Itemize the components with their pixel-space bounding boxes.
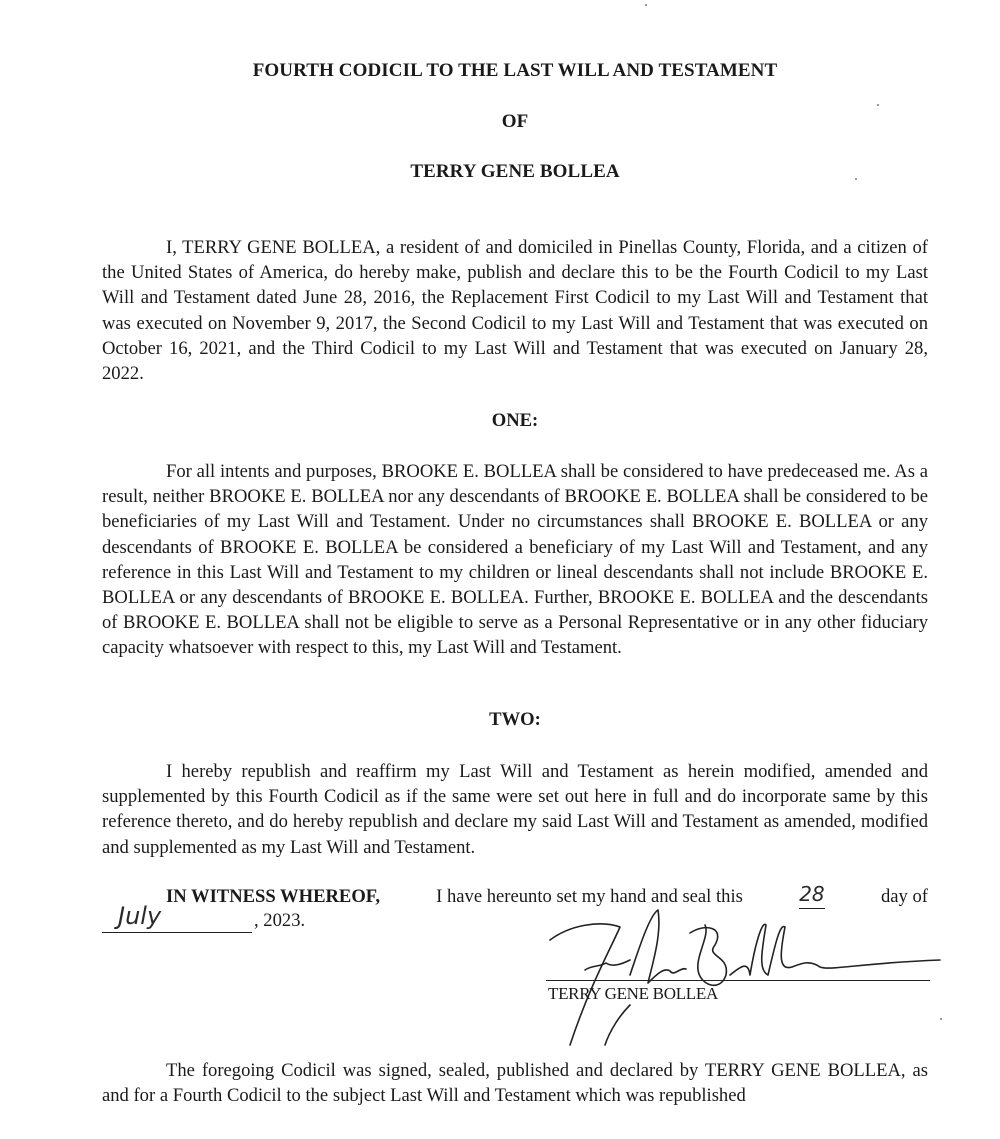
testator-name-heading: TERRY GENE BOLLEA	[0, 161, 1000, 183]
scan-speck	[645, 4, 647, 6]
witness-lead-bold: IN WITNESS WHEREOF,	[166, 884, 380, 909]
witness-year: , 2023.	[254, 910, 305, 932]
signature-line	[546, 980, 930, 981]
signature-printed-name: TERRY GENE BOLLEA	[548, 984, 718, 1004]
scan-speck	[940, 1018, 942, 1020]
intro-paragraph: I, TERRY GENE BOLLEA, a resident of and …	[102, 235, 928, 386]
scan-speck	[855, 178, 857, 180]
month-handwritten: July	[118, 902, 161, 930]
attestation-text: The foregoing Codicil was signed, sealed…	[102, 1058, 928, 1108]
document-page: FOURTH CODICIL TO THE LAST WILL AND TEST…	[0, 0, 1000, 1139]
section-one-heading: ONE:	[0, 410, 1000, 432]
attestation-paragraph: The foregoing Codicil was signed, sealed…	[102, 1058, 928, 1108]
section-one-text: For all intents and purposes, BROOKE E. …	[102, 459, 928, 661]
document-title-of: OF	[0, 111, 1000, 133]
document-title: FOURTH CODICIL TO THE LAST WILL AND TEST…	[0, 60, 1000, 82]
month-blank: July	[102, 908, 252, 933]
section-one-paragraph: For all intents and purposes, BROOKE E. …	[102, 459, 928, 661]
handwritten-signature-icon	[530, 905, 960, 1050]
scan-speck	[877, 104, 879, 106]
intro-paragraph-text: I, TERRY GENE BOLLEA, a resident of and …	[102, 235, 928, 386]
section-two-heading: TWO:	[0, 709, 1000, 731]
section-two-paragraph: I hereby republish and reaffirm my Last …	[102, 759, 928, 860]
section-two-text: I hereby republish and reaffirm my Last …	[102, 759, 928, 860]
